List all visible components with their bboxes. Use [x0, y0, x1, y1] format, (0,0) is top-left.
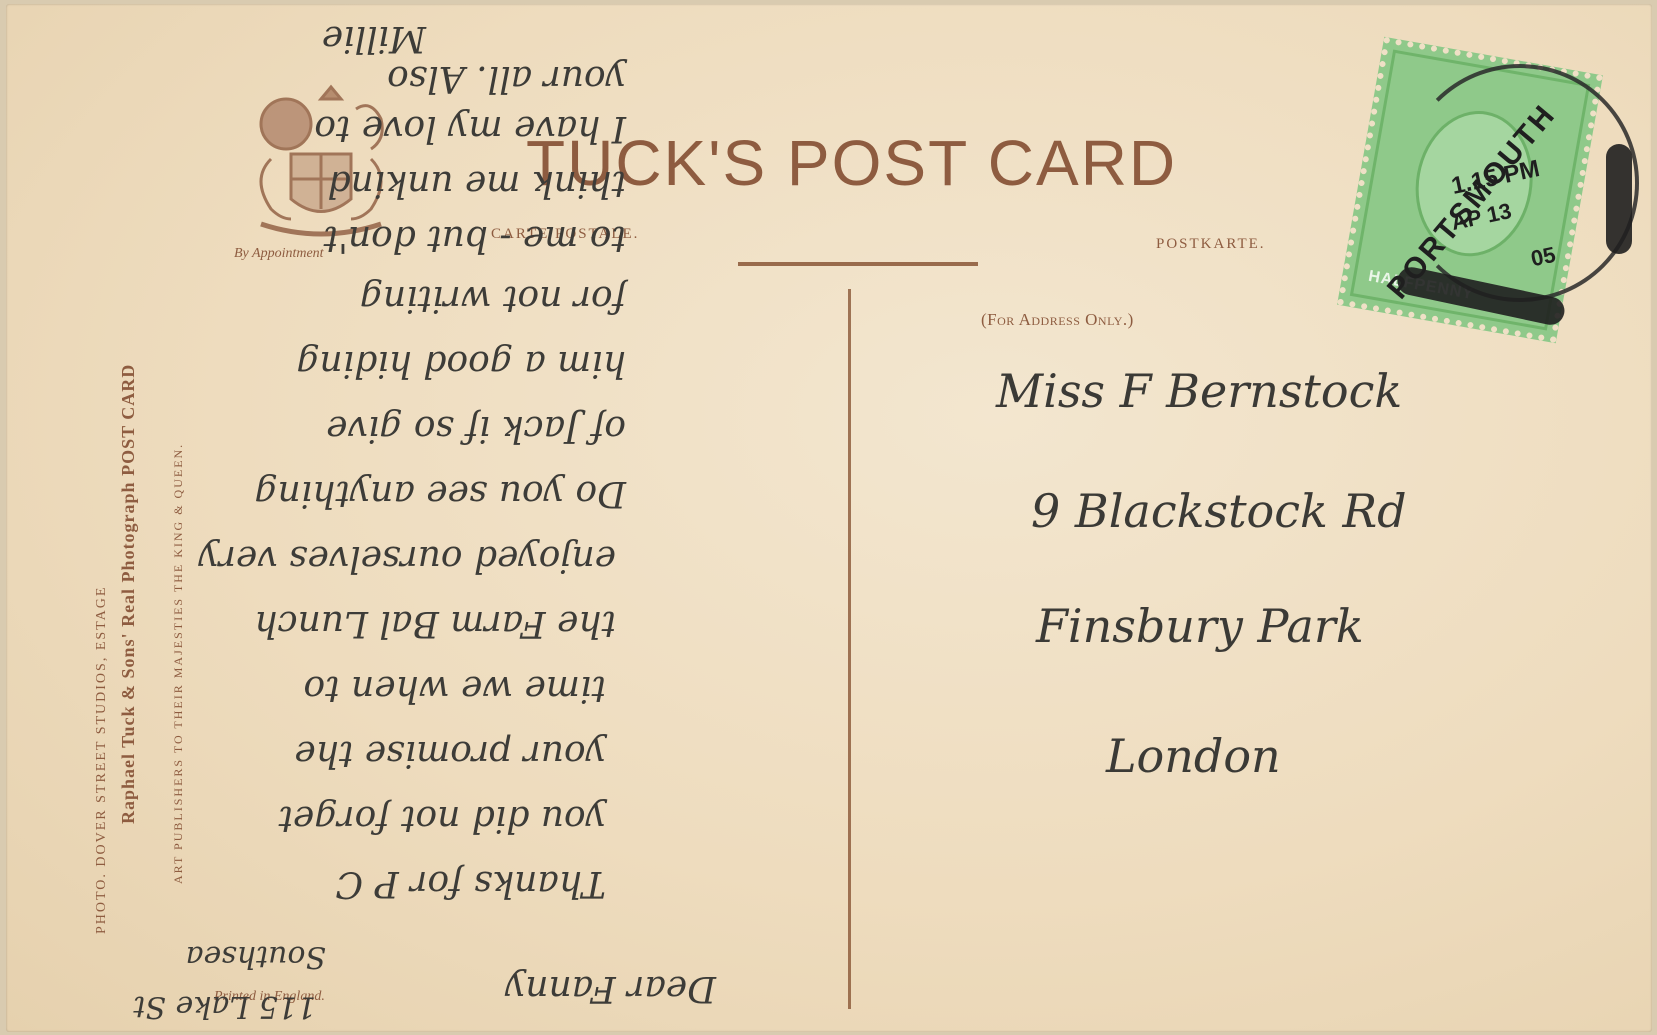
message-line: 115 Lake St — [133, 989, 316, 1024]
message-line: time we when to — [303, 668, 606, 709]
message-line: I have my love to — [314, 108, 626, 149]
message-line: you did not forget — [279, 798, 606, 839]
message-line: your promise the — [294, 733, 606, 774]
stamp-area: HALFPENNY PORTSMOUTH 1.15 PM AP 13 05 — [1341, 44, 1621, 354]
message-line: enjoyed ourselves very — [198, 538, 616, 579]
divider-vertical — [848, 289, 851, 1009]
postcard: TUCK'S POST CARD CARTE POSTALE. POSTKART… — [6, 4, 1652, 1032]
message-line: Thanks for P C — [336, 863, 606, 904]
address-line-4: London — [1106, 729, 1281, 783]
message-line: him a good hiding — [296, 343, 626, 384]
message-line: Southsea — [186, 939, 326, 974]
address-line-3: Finsbury Park — [1036, 599, 1364, 653]
for-address-only-label: (For Address Only.) — [981, 310, 1134, 330]
address-line-2: 9 Blackstock Rd — [1031, 484, 1407, 538]
message-line: Dear Fanny — [505, 968, 716, 1009]
message-line: Millie — [322, 18, 426, 59]
postmark-year: 05 — [1529, 242, 1558, 273]
message-line: your all. Also — [387, 58, 626, 99]
message-line: Do you see anything — [254, 473, 626, 514]
divider-horizontal — [738, 262, 978, 266]
postkarte-label: POSTKARTE. — [1156, 236, 1266, 253]
address-line-1: Miss F Bernstock — [996, 364, 1402, 418]
message-line: the Farm Bal Lunch — [254, 603, 616, 644]
handwritten-message: Dear Fanny Thanks for P C you did not fo… — [26, 24, 686, 1004]
message-line: to me - but don't — [324, 218, 626, 259]
message-line: of Jack if so give — [326, 408, 626, 449]
message-line: for not writing — [360, 278, 626, 319]
cancel-bar-icon — [1606, 144, 1632, 254]
message-line: think me unkind — [328, 163, 626, 204]
